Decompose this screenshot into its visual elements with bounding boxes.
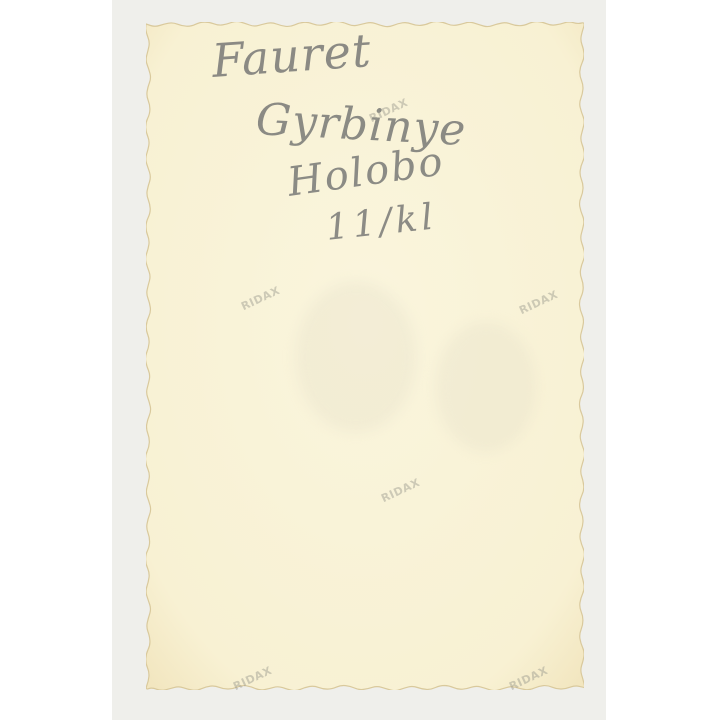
faint-stain — [436, 322, 536, 452]
faint-stain — [296, 282, 416, 432]
photo-back: Fauret Gyrbinye Holobo 11/kl RIDAX RIDAX… — [146, 22, 584, 690]
scan-canvas: Fauret Gyrbinye Holobo 11/kl RIDAX RIDAX… — [0, 0, 720, 720]
